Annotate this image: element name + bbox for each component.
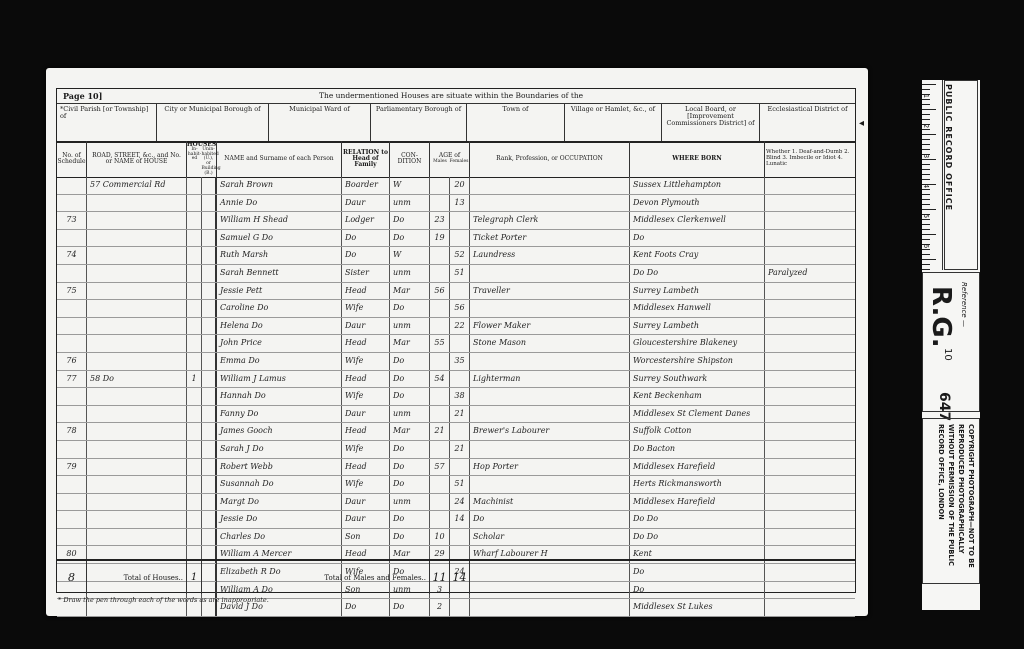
inhabited-cell [187,318,202,335]
inhabited-cell [187,177,202,194]
district-village: Village or Hamlet, &c., of [565,103,662,141]
birthplace-cell: Middlesex Harefield [630,494,765,511]
name-cell: John Price [217,335,342,352]
uninhabited-cell [202,423,217,440]
reference-strip: 1 2 3 4 5 6 PUBLIC RECORD OFFICE R.G. Re… [922,80,980,610]
col-schedule: No. of Schedule [57,141,87,177]
birthplace-cell: Do Do [630,529,765,546]
condition-cell: Mar [390,423,430,440]
col-relation: RELATION to Head of Family [342,141,390,177]
condition-cell: Do [390,529,430,546]
col-condition: CON-DITION [390,141,430,177]
uninhabited-cell [202,177,217,194]
col-females: Females [450,160,469,165]
birthplace-cell: Surrey Lambeth [630,283,765,300]
ruler-number: 6 [922,244,930,248]
col-inhabited: In-habit-ed [188,148,202,176]
col-age: AGE of MalesFemales [430,141,470,177]
district-ecclesiastical: Ecclesiastical District of [760,103,855,141]
inhabited-cell [187,247,202,264]
male-age-cell: 57 [430,459,450,476]
schedule-cell: 78 [57,423,87,440]
ruler-number: 2 [922,124,930,128]
occupation-cell: Ticket Porter [470,230,630,247]
condition-cell: Do [390,441,430,458]
birthplace-cell: Middlesex St Lukes [630,599,765,616]
female-age-cell: 13 [450,195,470,212]
condition-cell: Do [390,371,430,388]
schedule-cell: 74 [57,247,87,264]
female-age-cell [450,230,470,247]
inhabited-cell: 1 [187,371,202,388]
census-rows: 57 Commercial RdSarah BrownBoarderW20Sus… [57,177,855,559]
ruler-number: 4 [922,184,930,188]
totals-row: 8 Total of Houses.. 1 Total of Males and… [57,559,855,594]
uninhabited-cell [202,371,217,388]
relation-cell: Wife [342,388,390,405]
table-row: Sarah BennettSisterunm51Do DoParalyzed [57,265,855,283]
total-houses-inhabited: 1 [187,561,202,594]
occupation-cell [470,599,630,616]
birthplace-cell: Surrey Southwark [630,371,765,388]
ruler-number: 5 [922,214,930,218]
female-age-cell [450,212,470,229]
relation-cell: Head [342,335,390,352]
schedule-cell [57,318,87,335]
road-cell [87,423,187,440]
female-age-cell [450,529,470,546]
male-age-cell: 2 [430,599,450,616]
table-row: Samuel G DoDoDo19Ticket PorterDo [57,230,855,248]
col-uninhabited: Unin-habited (U.), or Building (B.) [202,148,216,176]
condition-cell: Do [390,599,430,616]
district-local-board: Local Board, or [Improvement Commissione… [662,103,760,141]
occupation-cell: Brewer's Labourer [470,423,630,440]
birthplace-cell: Middlesex St Clement Danes [630,406,765,423]
inhabited-cell [187,441,202,458]
road-cell [87,335,187,352]
male-age-cell [430,318,450,335]
table-row: Charles DoSonDo10ScholarDo Do [57,529,855,547]
occupation-cell: Telegraph Clerk [470,212,630,229]
name-cell: Emma Do [217,353,342,370]
male-age-cell [430,265,450,282]
table-row: Margt DoDaurunm24MachinistMiddlesex Hare… [57,494,855,512]
occupation-cell: Stone Mason [470,335,630,352]
inhabited-cell [187,283,202,300]
name-cell: Sarah Bennett [217,265,342,282]
male-age-cell [430,177,450,194]
census-page: Page 10] The undermentioned Houses are s… [46,68,868,616]
relation-cell: Daur [342,511,390,528]
relation-cell: Wife [342,476,390,493]
district-municipal-borough: City or Municipal Borough of [157,103,269,141]
occupation-cell: Scholar [470,529,630,546]
schedule-cell [57,177,87,194]
table-row: 76Emma DoWifeDo35Worcestershire Shipston [57,353,855,371]
road-cell [87,353,187,370]
condition-cell: unm [390,318,430,335]
name-cell: Margt Do [217,494,342,511]
infirmity-cell [765,300,855,317]
condition-cell: Do [390,230,430,247]
uninhabited-cell [202,247,217,264]
schedule-cell [57,494,87,511]
schedule-cell: 77 [57,371,87,388]
condition-cell: W [390,247,430,264]
name-cell: Jessie Pett [217,283,342,300]
female-age-cell: 21 [450,406,470,423]
inhabited-cell [187,529,202,546]
male-age-cell [430,476,450,493]
name-cell: Susannah Do [217,476,342,493]
uninhabited-cell [202,335,217,352]
occupation-cell [470,353,630,370]
schedule-cell [57,529,87,546]
census-form: Page 10] The undermentioned Houses are s… [56,88,856,593]
name-cell: Caroline Do [217,300,342,317]
total-schedules: 8 [57,561,87,594]
name-cell: Charles Do [217,529,342,546]
name-cell: Annie Do [217,195,342,212]
infirmity-cell [765,599,855,616]
table-row: John PriceHeadMar55Stone MasonGloucester… [57,335,855,353]
class-number: 10 [942,348,953,361]
birthplace-cell: Gloucestershire Blakeney [630,335,765,352]
male-age-cell [430,300,450,317]
birthplace-cell: Suffolk Cotton [630,423,765,440]
relation-cell: Daur [342,318,390,335]
occupation-cell [470,177,630,194]
male-age-cell [430,441,450,458]
total-females: 14 [450,561,470,594]
relation-cell: Head [342,283,390,300]
road-cell [87,283,187,300]
relation-cell: Son [342,529,390,546]
male-age-cell [430,195,450,212]
inhabited-cell [187,476,202,493]
infirmity-cell [765,511,855,528]
occupation-cell [470,388,630,405]
road-cell [87,459,187,476]
infirmity-cell [765,441,855,458]
district-town: Town of [467,103,565,141]
condition-cell: Do [390,459,430,476]
birthplace-cell: Middlesex Clerkenwell [630,212,765,229]
infirmity-cell [765,195,855,212]
infirmity-cell [765,529,855,546]
relation-cell: Head [342,371,390,388]
condition-cell: Do [390,511,430,528]
uninhabited-cell [202,529,217,546]
office-name: PUBLIC RECORD OFFICE [944,84,953,211]
name-cell: James Gooch [217,423,342,440]
table-row: 78James GoochHeadMar21Brewer's LabourerS… [57,423,855,441]
male-age-cell [430,388,450,405]
female-age-cell: 35 [450,353,470,370]
schedule-cell [57,476,87,493]
schedule-cell [57,388,87,405]
occupation-cell [470,476,630,493]
relation-cell: Wife [342,441,390,458]
table-row: Hannah DoWifeDo38Kent Beckenham [57,388,855,406]
table-row: 7758 Do1William J LamusHeadDo54Lighterma… [57,371,855,389]
table-row: Annie DoDaurunm13Devon Plymouth [57,195,855,213]
district-municipal-ward: Municipal Ward of [269,103,371,141]
margin-arrow-icon: ◂ [859,118,864,129]
piece-number: 647 [936,392,952,421]
col-name: NAME and Surname of each Person [217,141,342,177]
inhabited-cell [187,353,202,370]
uninhabited-cell [202,265,217,282]
infirmity-cell [765,476,855,493]
table-row: 73William H SheadLodgerDo23Telegraph Cle… [57,212,855,230]
table-row: 74Ruth MarshDoW52LaundressKent Foots Cra… [57,247,855,265]
infirmity-cell [765,494,855,511]
male-age-cell: 54 [430,371,450,388]
road-cell: 57 Commercial Rd [87,177,187,194]
male-age-cell: 19 [430,230,450,247]
ruler-number: 3 [922,154,930,158]
birthplace-cell: Worcestershire Shipston [630,353,765,370]
female-age-cell [450,599,470,616]
road-cell [87,300,187,317]
schedule-cell [57,335,87,352]
female-age-cell: 38 [450,388,470,405]
name-cell: Robert Webb [217,459,342,476]
inhabited-cell [187,511,202,528]
schedule-cell: 79 [57,459,87,476]
name-cell: Fanny Do [217,406,342,423]
relation-cell: Do [342,599,390,616]
female-age-cell [450,371,470,388]
schedule-cell [57,511,87,528]
footnote: * Draw the pen through each of the words… [58,596,269,604]
road-cell [87,441,187,458]
female-age-cell: 22 [450,318,470,335]
birthplace-cell: Middlesex Harefield [630,459,765,476]
birthplace-cell: Kent Foots Cray [630,247,765,264]
uninhabited-cell [202,441,217,458]
road-cell [87,247,187,264]
infirmity-cell [765,247,855,264]
col-road: ROAD, STREET, &c., and No. or NAME of HO… [87,141,187,177]
uninhabited-cell [202,494,217,511]
occupation-cell [470,265,630,282]
infirmity-cell [765,335,855,352]
total-males: 11 [430,561,450,594]
uninhabited-cell [202,212,217,229]
uninhabited-cell [202,195,217,212]
uninhabited-cell [202,283,217,300]
female-age-cell [450,459,470,476]
infirmity-cell [765,423,855,440]
infirmity-cell: Paralyzed [765,265,855,282]
occupation-cell: Flower Maker [470,318,630,335]
infirmity-cell [765,230,855,247]
occupation-cell: Machinist [470,494,630,511]
occupation-cell: Lighterman [470,371,630,388]
district-parliamentary-borough: Parliamentary Borough of [371,103,467,141]
schedule-cell [57,265,87,282]
male-age-cell: 10 [430,529,450,546]
road-cell [87,388,187,405]
female-age-cell [450,283,470,300]
uninhabited-cell [202,476,217,493]
district-civil-parish: *Civil Parish [or Township] of [57,103,157,141]
road-cell [87,318,187,335]
schedule-cell [57,300,87,317]
infirmity-cell [765,406,855,423]
inhabited-cell [187,423,202,440]
schedule-cell: 75 [57,283,87,300]
road-cell [87,212,187,229]
birthplace-cell: Do [630,230,765,247]
uninhabited-cell [202,459,217,476]
relation-cell: Do [342,230,390,247]
occupation-cell [470,406,630,423]
female-age-cell: 51 [450,476,470,493]
female-age-cell: 21 [450,441,470,458]
inhabited-cell [187,300,202,317]
occupation-cell: Do [470,511,630,528]
name-cell: Sarah J Do [217,441,342,458]
ruler-number: 1 [922,94,930,98]
relation-cell: Boarder [342,177,390,194]
inhabited-cell [187,459,202,476]
uninhabited-cell [202,300,217,317]
birthplace-cell: Do Do [630,511,765,528]
inhabited-cell [187,494,202,511]
occupation-cell: Hop Porter [470,459,630,476]
total-houses-label: Total of Houses.. [87,561,187,594]
table-row: Susannah DoWifeDo51Herts Rickmansworth [57,476,855,494]
form-header: Page 10] The undermentioned Houses are s… [57,89,855,104]
table-row: 79Robert WebbHeadDo57Hop PorterMiddlesex… [57,459,855,477]
male-age-cell: 56 [430,283,450,300]
condition-cell: Do [390,212,430,229]
table-row: Helena DoDaurunm22Flower MakerSurrey Lam… [57,318,855,336]
relation-cell: Sister [342,265,390,282]
uninhabited-cell [202,406,217,423]
condition-cell: Do [390,476,430,493]
uninhabited-cell [202,353,217,370]
schedule-cell [57,195,87,212]
road-cell [87,511,187,528]
condition-cell: unm [390,494,430,511]
birthplace-cell: Surrey Lambeth [630,318,765,335]
inhabited-cell [187,230,202,247]
name-cell: Samuel G Do [217,230,342,247]
inhabited-cell [187,212,202,229]
male-age-cell: 55 [430,335,450,352]
infirmity-cell [765,388,855,405]
infirmity-cell [765,371,855,388]
relation-cell: Daur [342,406,390,423]
male-age-cell [430,406,450,423]
uninhabited-cell [202,511,217,528]
table-row: Caroline DoWifeDo56Middlesex Hanwell [57,300,855,318]
birthplace-cell: Do Do [630,265,765,282]
schedule-cell [57,406,87,423]
col-houses: HOUSES In-habit-edUnin-habited (U.), or … [187,141,217,177]
relation-cell: Daur [342,195,390,212]
birthplace-cell: Do Bacton [630,441,765,458]
inhabited-cell [187,335,202,352]
condition-cell: Do [390,353,430,370]
condition-cell: unm [390,195,430,212]
infirmity-cell [765,283,855,300]
schedule-cell: 76 [57,353,87,370]
condition-cell: unm [390,265,430,282]
page-number: Page 10] [63,91,102,101]
male-age-cell [430,511,450,528]
relation-cell: Daur [342,494,390,511]
series-code: R.G. [926,286,956,348]
female-age-cell: 14 [450,511,470,528]
relation-cell: Wife [342,353,390,370]
column-headers: No. of Schedule ROAD, STREET, &c., and N… [57,141,855,178]
birthplace-cell: Herts Rickmansworth [630,476,765,493]
condition-cell: W [390,177,430,194]
female-age-cell: 56 [450,300,470,317]
inhabited-cell [187,265,202,282]
name-cell: Ruth Marsh [217,247,342,264]
occupation-cell [470,195,630,212]
condition-cell: Do [390,388,430,405]
infirmity-cell [765,459,855,476]
col-where-born: WHERE BORN [630,141,765,177]
male-age-cell [430,353,450,370]
uninhabited-cell [202,230,217,247]
total-persons-label: Total of Males and Females.. [217,561,430,594]
relation-cell: Lodger [342,212,390,229]
occupation-cell [470,300,630,317]
birthplace-cell: Devon Plymouth [630,195,765,212]
relation-cell: Do [342,247,390,264]
copyright-notice: COPYRIGHT PHOTOGRAPH—NOT TO BE REPRODUCE… [928,424,976,584]
occupation-cell: Traveller [470,283,630,300]
totals-blank [470,561,855,594]
relation-cell: Head [342,423,390,440]
condition-cell: Mar [390,335,430,352]
name-cell: William J Lamus [217,371,342,388]
infirmity-cell [765,353,855,370]
ruler-numbers: 1 2 3 4 5 6 [924,80,938,268]
district-headers: *Civil Parish [or Township] of City or M… [57,103,855,143]
road-cell [87,406,187,423]
birthplace-cell: Middlesex Hanwell [630,300,765,317]
road-cell [87,195,187,212]
boundary-title: The undermentioned Houses are situate wi… [319,91,583,100]
schedule-cell [57,441,87,458]
female-age-cell [450,423,470,440]
infirmity-cell [765,212,855,229]
birthplace-cell: Sussex Littlehampton [630,177,765,194]
male-age-cell [430,494,450,511]
name-cell: Helena Do [217,318,342,335]
col-infirmity: Whether 1. Deaf-and-Dumb 2. Blind 3. Imb… [765,141,855,177]
infirmity-cell [765,177,855,194]
inhabited-cell [187,195,202,212]
occupation-cell [470,441,630,458]
road-cell [87,529,187,546]
road-cell [87,265,187,282]
name-cell: William H Shead [217,212,342,229]
table-row: 75Jessie PettHeadMar56TravellerSurrey La… [57,283,855,301]
male-age-cell [430,247,450,264]
female-age-cell: 20 [450,177,470,194]
